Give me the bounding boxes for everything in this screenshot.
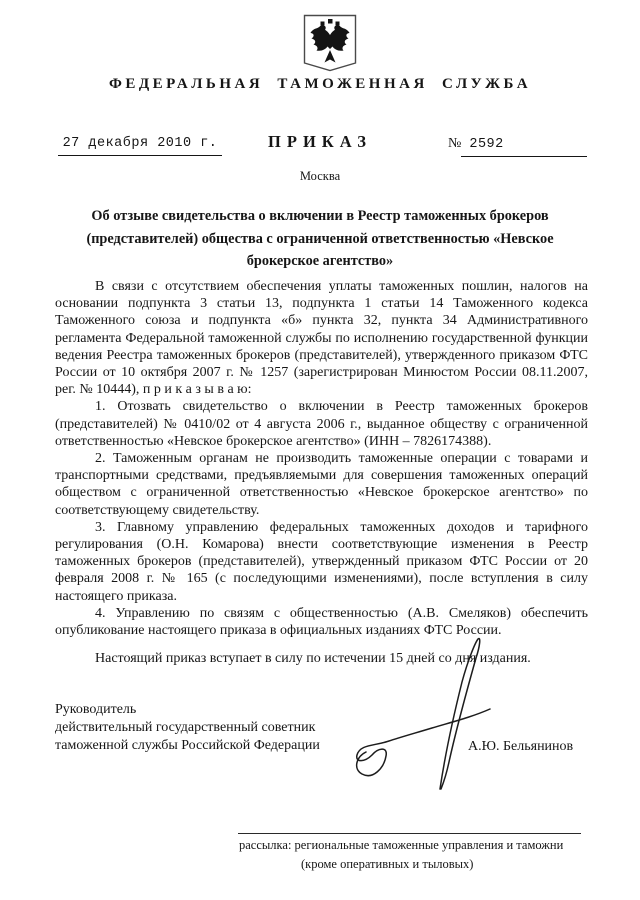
order-body: В связи с отсутствием обеспечения уплаты… xyxy=(55,278,588,667)
number-value: 2592 xyxy=(461,137,587,157)
order-item-3: 3. Главному управлению федеральных тамож… xyxy=(55,519,588,605)
city-label: Москва xyxy=(0,169,640,184)
number-sign: № xyxy=(448,136,461,151)
order-item-4: 4. Управлению по связям с общественность… xyxy=(55,605,588,639)
agency-name: ФЕДЕРАЛЬНАЯ ТАМОЖЕННАЯ СЛУЖБА xyxy=(0,76,640,93)
effective-date-clause: Настоящий приказ вступает в силу по исте… xyxy=(55,650,588,667)
signatory-position-line-2: действительный государственный советник xyxy=(55,719,320,737)
order-item-2: 2. Таможенным органам не производить там… xyxy=(55,450,588,519)
signatory-name: А.Ю. Бельянинов xyxy=(468,739,573,755)
preamble-paragraph: В связи с отсутствием обеспечения уплаты… xyxy=(55,278,588,398)
russia-coat-of-arms-icon xyxy=(303,14,357,72)
document-page: ФЕДЕРАЛЬНАЯ ТАМОЖЕННАЯ СЛУЖБА 27 декабря… xyxy=(0,0,640,900)
distribution-divider xyxy=(238,833,581,834)
order-title: Об отзыве свидетельства о включении в Ре… xyxy=(58,205,582,273)
signatory-position-line-1: Руководитель xyxy=(55,701,320,719)
order-item-1: 1. Отозвать свидетельство о включении в … xyxy=(55,398,588,450)
distribution-note-line-1: рассылка: региональные таможенные управл… xyxy=(239,838,563,853)
signatory-position-line-3: таможенной службы Российской Федерации xyxy=(55,737,320,755)
order-number: №2592 xyxy=(448,136,587,157)
signatory-position: Руководитель действительный государствен… xyxy=(55,701,320,755)
distribution-note-line-2: (кроме оперативных и тыловых) xyxy=(301,857,473,872)
